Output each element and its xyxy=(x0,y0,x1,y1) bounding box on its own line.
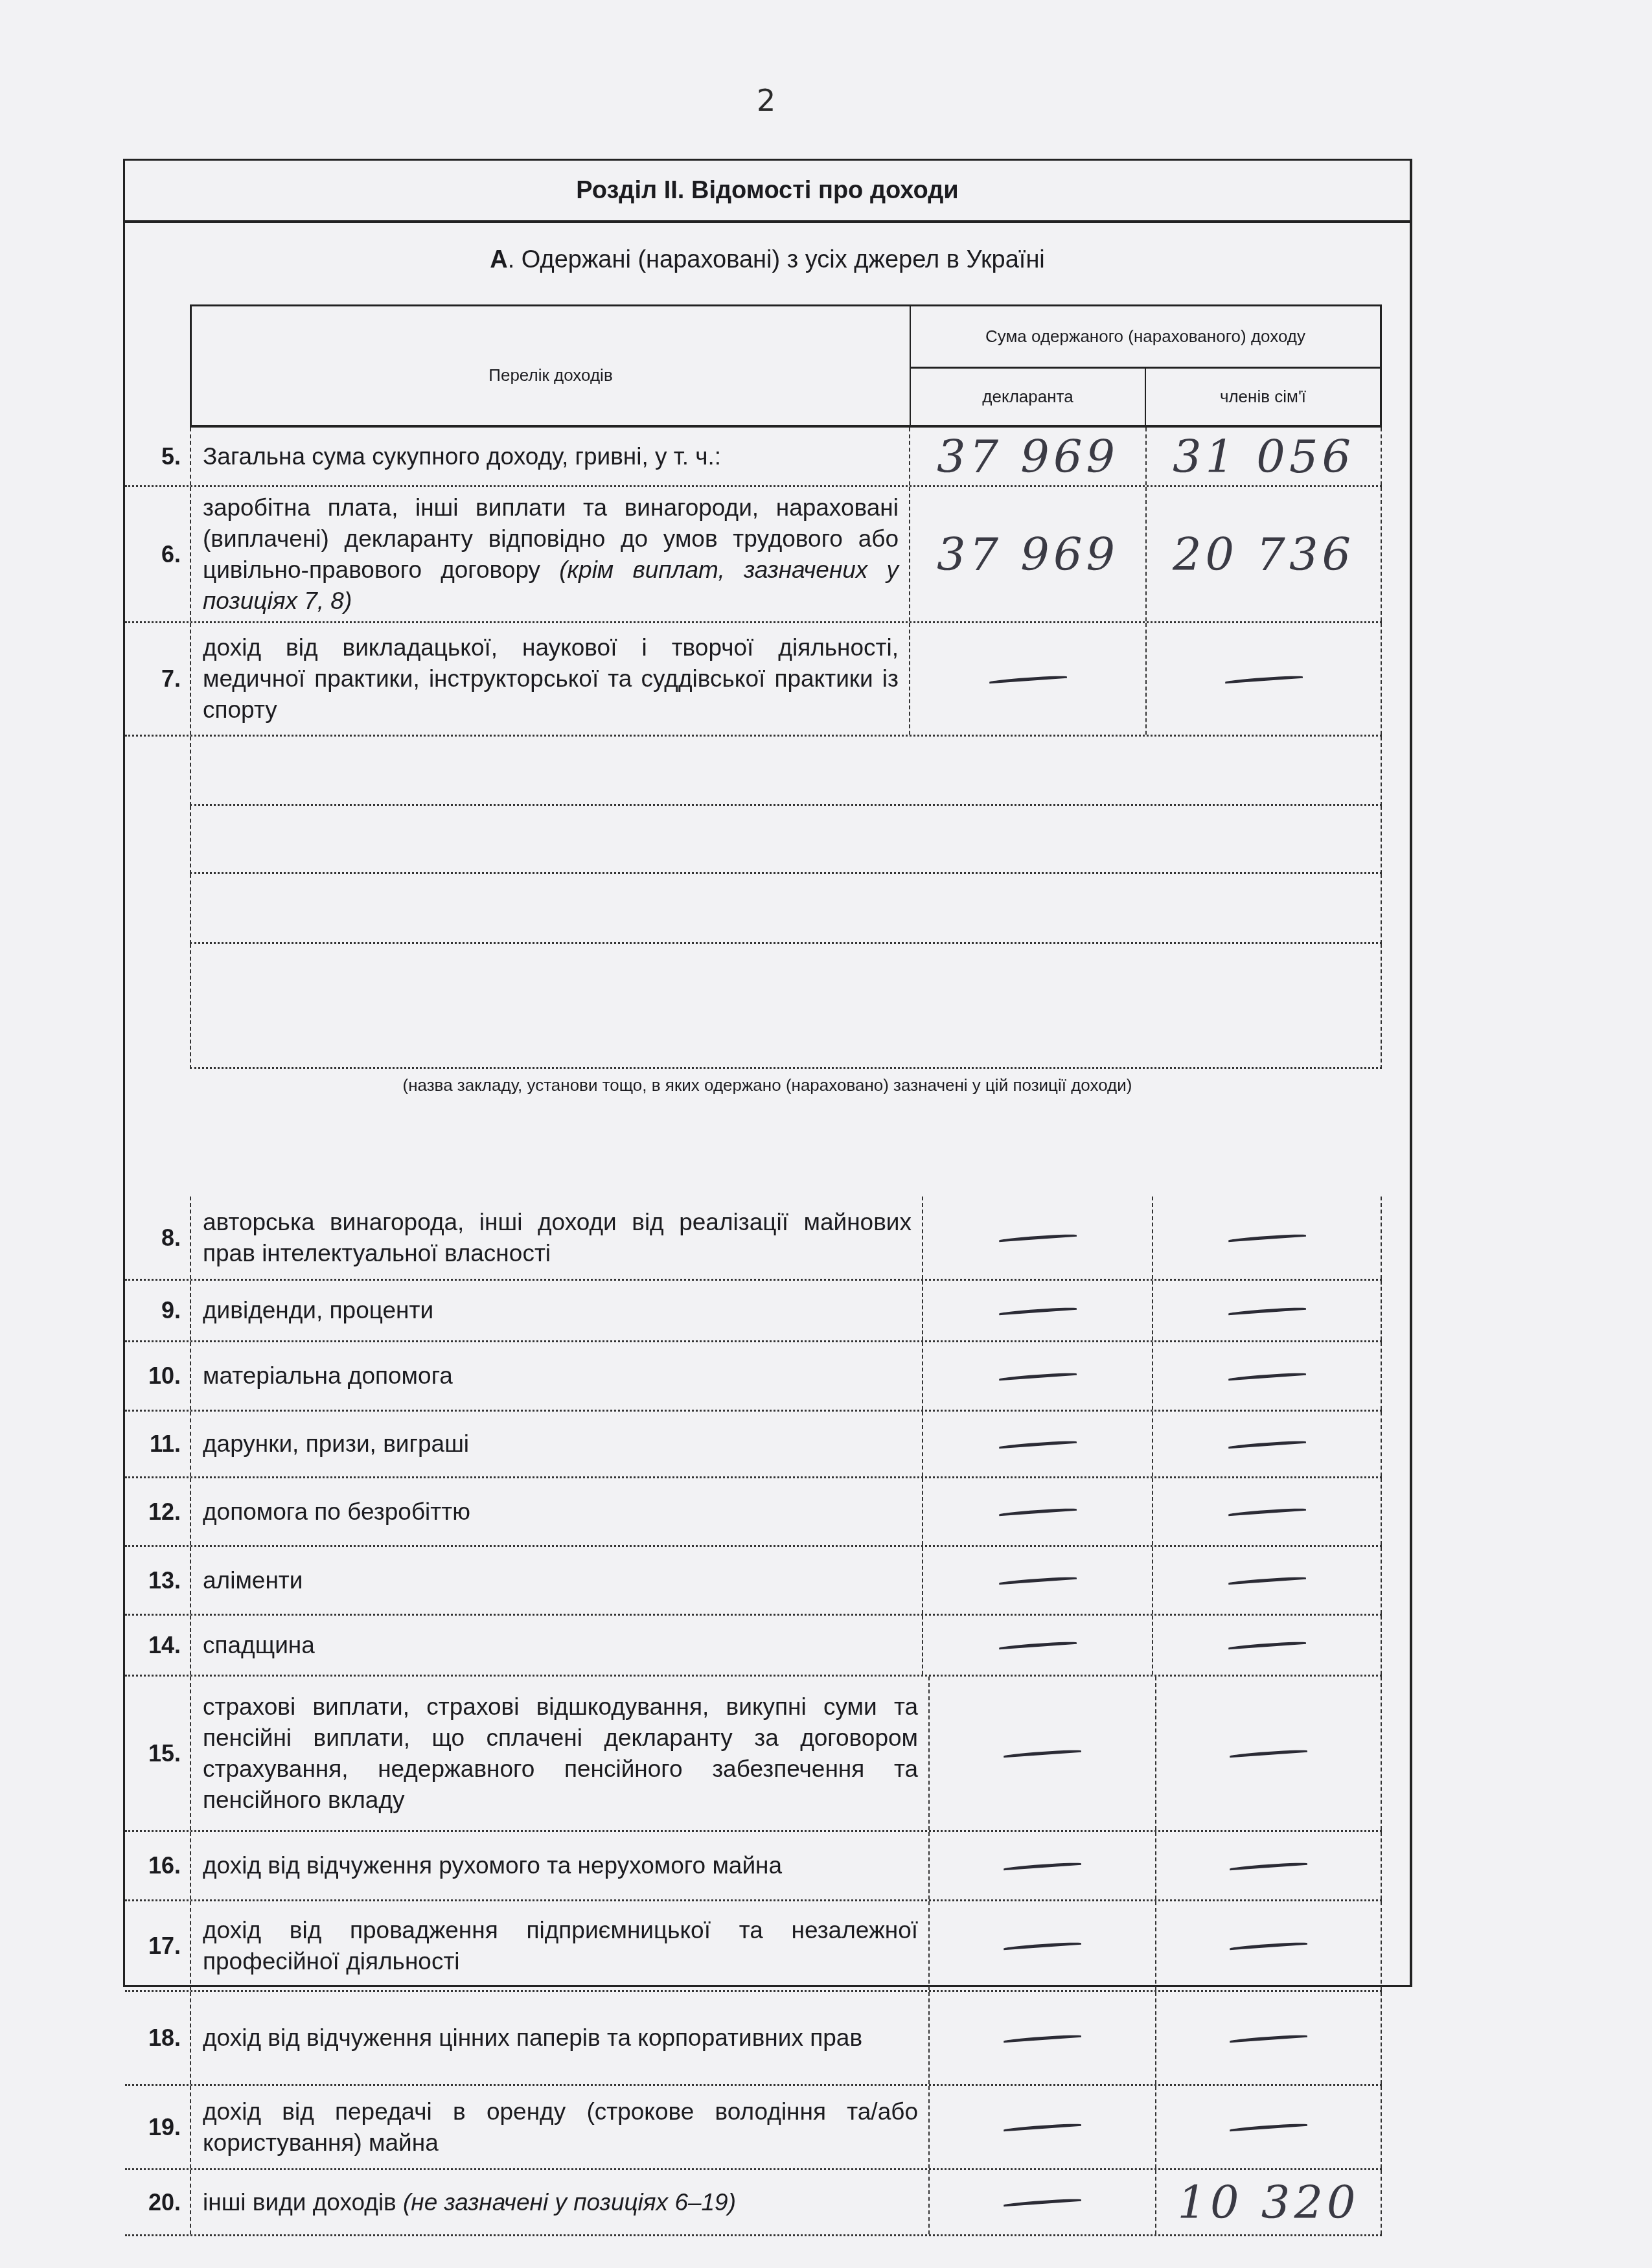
family-value[interactable] xyxy=(1155,2086,1382,2168)
handwritten-dash-mark xyxy=(1228,1439,1305,1448)
handwritten-amount: 37 969 xyxy=(937,430,1119,483)
handwritten-dash-mark xyxy=(1004,1749,1081,1758)
row-number: 12. xyxy=(125,1478,190,1545)
family-value[interactable] xyxy=(1145,623,1382,735)
row-number: 20. xyxy=(125,2170,190,2234)
income-row: 6.заробітна плата, інші виплати та винаг… xyxy=(125,487,1382,623)
declarant-value[interactable] xyxy=(922,1342,1152,1410)
handwritten-dash-mark xyxy=(998,1306,1076,1314)
row-number: 15. xyxy=(125,1677,190,1830)
declarant-value[interactable] xyxy=(922,1412,1152,1476)
income-row: 18.дохід від відчуження цінних паперів т… xyxy=(125,1992,1382,2086)
handwritten-dash-mark xyxy=(1228,1371,1305,1380)
page-number: 2 xyxy=(757,83,775,118)
handwritten-dash-mark xyxy=(1228,1641,1305,1649)
income-row: 17.дохід від провадження підприємницької… xyxy=(125,1901,1382,1992)
income-table-header: Перелік доходів Сума одержаного (нарахов… xyxy=(190,304,1382,428)
handwritten-dash-mark xyxy=(1004,2198,1081,2206)
institution-name-field[interactable] xyxy=(190,874,1382,944)
handwritten-dash-mark xyxy=(1230,1861,1307,1870)
income-row: 8.авторська винагорода, інші доходи від … xyxy=(125,1197,1382,1281)
sum-subheaders: декларанта членів сім'ї xyxy=(911,369,1380,425)
family-value[interactable]: 10 320 xyxy=(1155,2170,1382,2234)
family-value[interactable]: 20 736 xyxy=(1145,487,1382,621)
row-label: дохід від провадження підприємницької та… xyxy=(190,1901,928,1990)
institution-caption: (назва закладу, установи тощо, в яких од… xyxy=(125,1075,1410,1095)
handwritten-dash-mark xyxy=(1230,1942,1307,1950)
row-label-text: дохід від відчуження рухомого та нерухом… xyxy=(203,1852,782,1879)
family-header: членів сім'ї xyxy=(1146,369,1380,425)
declarant-value[interactable] xyxy=(922,1547,1152,1614)
income-row: 15.страхові виплати, страхові відшкодува… xyxy=(125,1677,1382,1832)
handwritten-amount: 10 320 xyxy=(1178,2176,1360,2229)
row-label-text: дарунки, призи, виграші xyxy=(203,1430,469,1457)
subsection-text: . Одержані (нараховані) з усіх джерел в … xyxy=(508,246,1045,273)
subsection-letter: А xyxy=(490,246,507,273)
declarant-value[interactable] xyxy=(928,1832,1155,1899)
income-row: 7.дохід від викладацької, наукової і тво… xyxy=(125,623,1382,737)
row-number: 18. xyxy=(125,1992,190,2084)
declarant-header: декларанта xyxy=(911,369,1146,425)
row-label-text: страхові виплати, страхові відшкодування… xyxy=(203,1693,918,1813)
family-value[interactable] xyxy=(1152,1197,1382,1279)
declarant-value[interactable] xyxy=(928,2170,1155,2234)
handwritten-amount: 31 056 xyxy=(1173,430,1355,483)
handwritten-dash-mark xyxy=(1004,2033,1081,2042)
income-row: 13.аліменти xyxy=(125,1547,1382,1616)
handwritten-amount: 20 736 xyxy=(1173,528,1355,581)
institution-name-field[interactable] xyxy=(190,806,1382,874)
row-label-text: дохід від провадження підприємницької та… xyxy=(203,1917,918,1975)
row-label: інші види доходів (не зазначені у позиці… xyxy=(190,2170,928,2234)
row-number: 11. xyxy=(125,1412,190,1476)
family-value[interactable] xyxy=(1152,1281,1382,1340)
family-value[interactable] xyxy=(1152,1478,1382,1545)
row-label: авторська винагорода, інші доходи від ре… xyxy=(190,1197,922,1279)
declarant-value[interactable]: 37 969 xyxy=(909,428,1145,485)
declarant-value[interactable] xyxy=(928,1677,1155,1830)
handwritten-dash-mark xyxy=(1230,2123,1307,2131)
declarant-value[interactable] xyxy=(922,1281,1152,1340)
row-label-text: дохід від відчуження цінних паперів та к… xyxy=(203,2024,862,2051)
section-title: Розділ ІІ. Відомості про доходи xyxy=(125,161,1410,223)
institution-name-field[interactable] xyxy=(190,737,1382,806)
handwritten-dash-mark xyxy=(1004,1942,1081,1950)
row-number: 13. xyxy=(125,1547,190,1614)
row-number: 17. xyxy=(125,1901,190,1990)
income-row: 19.дохід від передачі в оренду (строкове… xyxy=(125,2086,1382,2170)
income-row: 9.дивіденди, проценти xyxy=(125,1281,1382,1342)
income-sum-header: Сума одержаного (нарахованого) доходу де… xyxy=(911,306,1380,425)
income-row: 12.допомога по безробіттю xyxy=(125,1478,1382,1547)
row-label: спадщина xyxy=(190,1616,922,1675)
row-label-text: спадщина xyxy=(203,1632,315,1658)
handwritten-dash-mark xyxy=(998,1507,1076,1516)
handwritten-dash-mark xyxy=(1228,1306,1305,1314)
handwritten-dash-mark xyxy=(998,1439,1076,1448)
row-label: дохід від викладацької, наукової і творч… xyxy=(190,623,909,735)
row-label: допомога по безробіттю xyxy=(190,1478,922,1545)
row-label: дохід від відчуження цінних паперів та к… xyxy=(190,1992,928,2084)
row-number: 7. xyxy=(125,623,190,735)
handwritten-dash-mark xyxy=(1230,2033,1307,2042)
row-label-text: аліменти xyxy=(203,1567,303,1594)
subsection-title: А. Одержані (нараховані) з усіх джерел в… xyxy=(125,246,1410,274)
handwritten-dash-mark xyxy=(1228,1233,1305,1242)
row-label-note: (не зазначені у позиціях 6–19) xyxy=(403,2189,736,2216)
row-number: 5. xyxy=(125,428,190,485)
row-label: Загальна сума сукупного доходу, гривні, … xyxy=(190,428,909,485)
row-label: аліменти xyxy=(190,1547,922,1614)
row-label-text: дивіденди, проценти xyxy=(203,1297,433,1323)
row-number: 10. xyxy=(125,1342,190,1410)
declarant-value[interactable] xyxy=(922,1616,1152,1675)
row-label-text: авторська винагорода, інші доходи від ре… xyxy=(203,1209,912,1266)
row-label: дохід від передачі в оренду (строкове во… xyxy=(190,2086,928,2168)
declarant-value[interactable]: 37 969 xyxy=(909,487,1145,621)
income-row: 14.спадщина xyxy=(125,1616,1382,1677)
handwritten-dash-mark xyxy=(998,1641,1076,1649)
row-label: матеріальна допомога xyxy=(190,1342,922,1410)
handwritten-dash-mark xyxy=(998,1371,1076,1380)
row-label-text: дохід від передачі в оренду (строкове во… xyxy=(203,2098,918,2156)
handwritten-dash-mark xyxy=(1230,1749,1307,1758)
row-number: 6. xyxy=(125,487,190,621)
declarant-value[interactable] xyxy=(922,1197,1152,1279)
handwritten-amount: 37 969 xyxy=(937,528,1119,581)
family-value[interactable] xyxy=(1152,1412,1382,1476)
declarant-value[interactable] xyxy=(928,2086,1155,2168)
row-number: 19. xyxy=(125,2086,190,2168)
row-label: дарунки, призи, виграші xyxy=(190,1412,922,1476)
row-label-text: Загальна сума сукупного доходу, гривні, … xyxy=(203,443,721,470)
handwritten-dash-mark xyxy=(1224,674,1302,683)
handwritten-dash-mark xyxy=(998,1233,1076,1242)
row-number: 9. xyxy=(125,1281,190,1340)
declarant-value[interactable] xyxy=(922,1478,1152,1545)
family-value[interactable]: 31 056 xyxy=(1145,428,1382,485)
row-number: 14. xyxy=(125,1616,190,1675)
declarant-value[interactable] xyxy=(928,1992,1155,2084)
income-section: Розділ ІІ. Відомості про доходи А. Одерж… xyxy=(123,159,1412,1987)
row-label: дивіденди, проценти xyxy=(190,1281,922,1340)
income-row: 16.дохід від відчуження рухомого та неру… xyxy=(125,1832,1382,1901)
family-value[interactable] xyxy=(1155,1901,1382,1990)
handwritten-dash-mark xyxy=(989,674,1066,683)
row-label-text: допомога по безробіттю xyxy=(203,1498,470,1525)
declarant-value[interactable] xyxy=(909,623,1145,735)
income-row: 5.Загальна сума сукупного доходу, гривні… xyxy=(125,428,1382,487)
sum-header-title: Сума одержаного (нарахованого) доходу xyxy=(911,306,1380,369)
row-label: дохід від відчуження рухомого та нерухом… xyxy=(190,1832,928,1899)
declarant-value[interactable] xyxy=(928,1901,1155,1990)
row-label: страхові виплати, страхові відшкодування… xyxy=(190,1677,928,1830)
family-value[interactable] xyxy=(1155,1992,1382,2084)
row-label-text: інші види доходів xyxy=(203,2189,396,2216)
row-label-text: матеріальна допомога xyxy=(203,1362,453,1389)
row-number: 16. xyxy=(125,1832,190,1899)
family-value[interactable] xyxy=(1152,1616,1382,1675)
handwritten-dash-mark xyxy=(1004,2123,1081,2131)
income-row: 20.інші види доходів (не зазначені у поз… xyxy=(125,2170,1382,2236)
handwritten-dash-mark xyxy=(1228,1507,1305,1516)
institution-name-field[interactable] xyxy=(190,944,1382,1069)
family-value[interactable] xyxy=(1155,1832,1382,1899)
row-number: 8. xyxy=(125,1197,190,1279)
family-value[interactable] xyxy=(1155,1677,1382,1830)
row-label-text: дохід від викладацької, наукової і творч… xyxy=(203,634,899,723)
income-row: 10.матеріальна допомога xyxy=(125,1342,1382,1412)
handwritten-dash-mark xyxy=(1228,1576,1305,1585)
handwritten-dash-mark xyxy=(998,1576,1076,1585)
family-value[interactable] xyxy=(1152,1342,1382,1410)
handwritten-dash-mark xyxy=(1004,1861,1081,1870)
income-list-header: Перелік доходів xyxy=(192,306,911,425)
income-row: 11.дарунки, призи, виграші xyxy=(125,1412,1382,1478)
family-value[interactable] xyxy=(1152,1547,1382,1614)
row-label: заробітна плата, інші виплати та винагор… xyxy=(190,487,909,621)
